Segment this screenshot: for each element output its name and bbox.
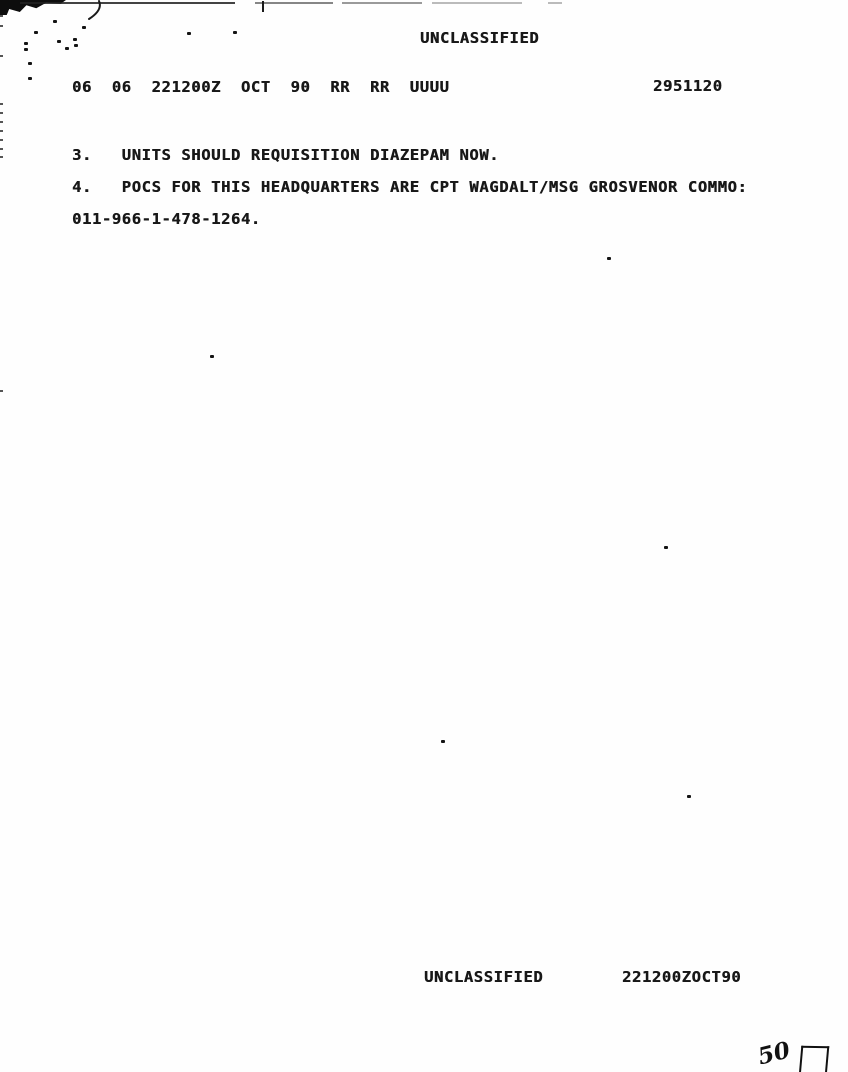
scan-speck <box>53 20 57 23</box>
paragraph-4: 4. POCS FOR THIS HEADQUARTERS ARE CPT WA… <box>72 179 747 195</box>
scan-speck <box>210 355 214 358</box>
scan-speck <box>187 32 191 35</box>
header-classification: UNCLASSIFIED <box>420 30 539 46</box>
routing-line: 06 06 221200Z OCT 90 RR RR UUUU <box>72 79 449 95</box>
handwritten-page-number: 50 <box>755 1037 793 1071</box>
paragraph-3: 3. UNITS SHOULD REQUISITION DIAZEPAM NOW… <box>72 147 499 163</box>
scan-edge-dash <box>0 148 3 150</box>
footer-classification: UNCLASSIFIED <box>424 969 543 985</box>
scan-speck <box>34 31 38 34</box>
scan-edge-dash <box>0 25 3 27</box>
serial-number: 2951120 <box>653 78 723 94</box>
scan-speck <box>24 42 28 45</box>
scan-speck <box>233 31 237 34</box>
scan-edge-dash <box>0 121 3 123</box>
scan-edge-dash <box>0 390 3 392</box>
pen-stroke-mark <box>87 0 103 20</box>
scan-artifact-line <box>342 2 422 4</box>
scan-speck <box>28 77 32 80</box>
scan-speck <box>82 26 86 29</box>
scan-edge-dash <box>0 156 3 158</box>
scan-edge-dash <box>0 139 3 141</box>
scan-artifact-line <box>432 2 522 4</box>
scan-speck <box>24 48 28 51</box>
scan-artifact-tick <box>262 1 264 12</box>
document-page: UNCLASSIFIED 06 06 221200Z OCT 90 RR RR … <box>0 0 848 1072</box>
scan-speck <box>74 44 78 47</box>
scan-edge-dash <box>0 15 3 17</box>
handwritten-box-mark <box>799 1046 830 1072</box>
scan-speck <box>687 795 691 798</box>
scan-speck <box>28 62 32 65</box>
scan-edge-dash <box>0 55 3 57</box>
scan-speck <box>57 40 61 43</box>
scan-speck <box>664 546 668 549</box>
scan-speck <box>441 740 445 743</box>
scan-artifact-line <box>20 2 235 4</box>
scan-speck <box>607 257 611 260</box>
scan-speck <box>73 38 77 41</box>
scan-edge-dash <box>0 103 3 105</box>
scan-artifact-line <box>548 2 562 4</box>
footer-date-time-group: 221200ZOCT90 <box>622 969 741 985</box>
scan-edge-dash <box>0 112 3 114</box>
scan-speck <box>65 47 69 50</box>
paragraph-phone-number: 011-966-1-478-1264. <box>72 211 261 227</box>
scan-artifact-line <box>255 2 333 4</box>
scan-edge-dash <box>0 130 3 132</box>
